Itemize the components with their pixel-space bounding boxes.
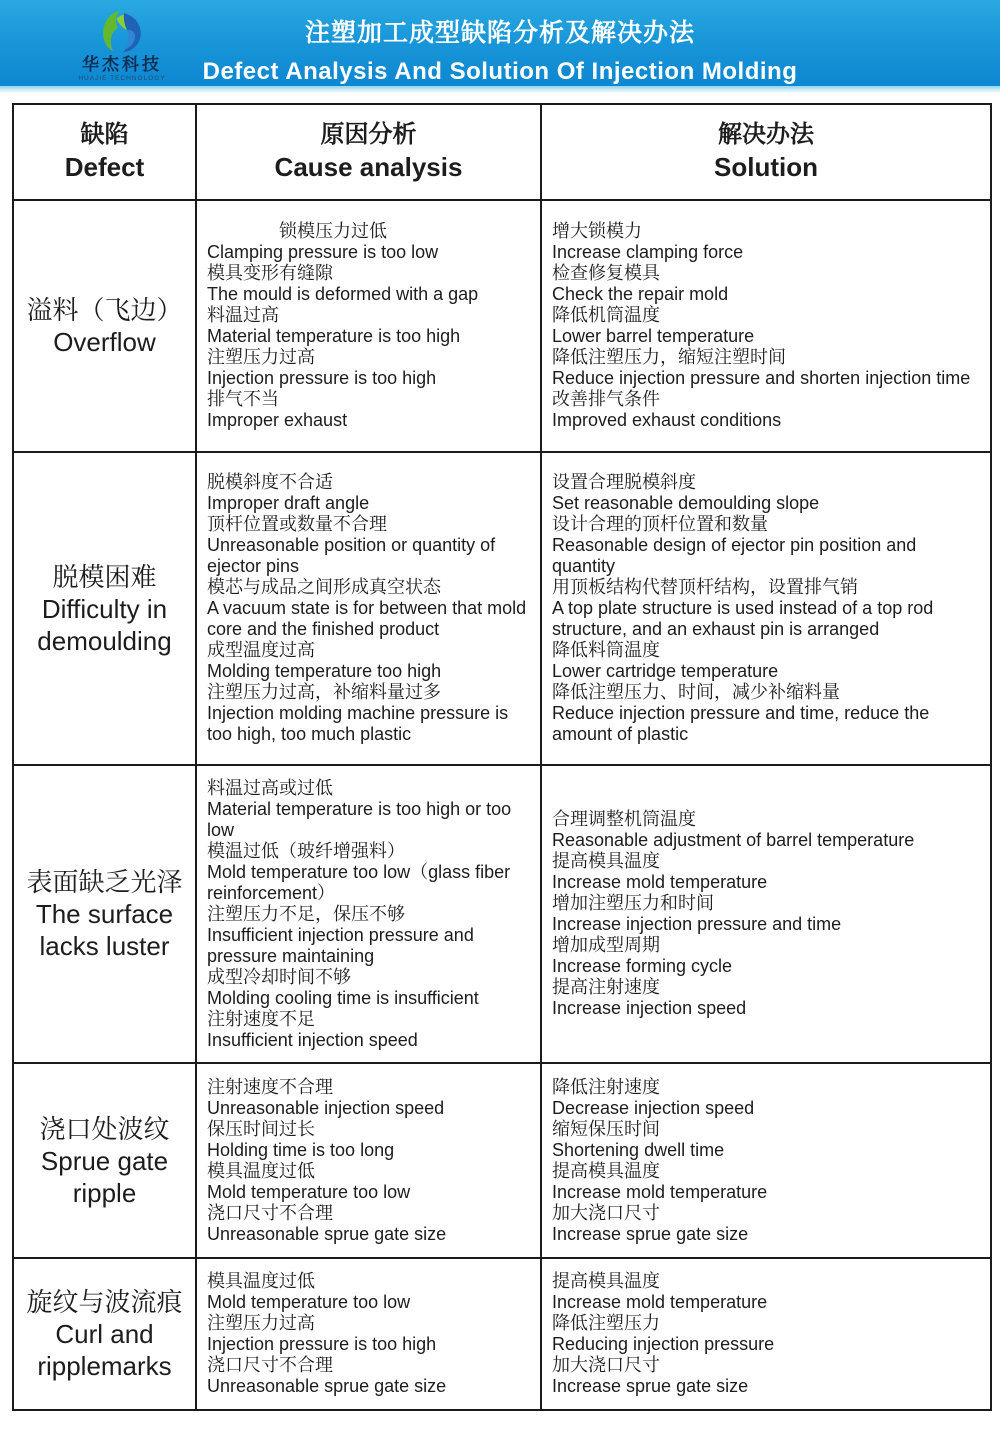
solution-line-zh: 降低注塑压力、时间，减少补缩料量 [552, 682, 984, 703]
defect-name-zh: 表面缺乏光泽 [18, 866, 191, 898]
solution-cell: 合理调整机筒温度Reasonable adjustment of barrel … [541, 765, 991, 1063]
cause-line-zh: 成型冷却时间不够 [207, 967, 534, 988]
cause-line-en: Molding cooling time is insufficient [207, 988, 534, 1009]
cause-line-en: Injection pressure is too high [207, 368, 534, 389]
cause-cell: 脱模斜度不合适Improper draft angle顶杆位置或数量不合理Unr… [196, 452, 541, 765]
solution-line-zh: 增加成型周期 [552, 935, 984, 956]
column-header-cause-en: Cause analysis [197, 150, 540, 184]
cause-line-en: Insufficient injection speed [207, 1030, 534, 1051]
solution-line-zh: 提高模具温度 [552, 851, 984, 872]
defect-name-zh: 溢料（飞边） [18, 294, 191, 326]
solution-line-en: Lower cartridge temperature [552, 661, 984, 682]
solution-line-en: Increase mold temperature [552, 1182, 984, 1203]
defect-name-zh: 旋纹与波流痕 [18, 1286, 191, 1318]
cause-line-zh: 保压时间过长 [207, 1119, 534, 1140]
column-header-solution: 解决办法 Solution [541, 104, 991, 200]
cause-line-zh: 注塑压力过高 [207, 347, 534, 368]
solution-line-zh: 设计合理的顶杆位置和数量 [552, 514, 984, 535]
solution-line-en: Reduce injection pressure and shorten in… [552, 368, 984, 389]
page-title-en: Defect Analysis And Solution Of Injectio… [0, 58, 1000, 86]
cause-line-zh: 排气不当 [207, 389, 534, 410]
cause-line-en: Improper draft angle [207, 493, 534, 514]
solution-line-zh: 降低注塑压力 [552, 1313, 984, 1334]
defect-analysis-table: 缺陷 Defect 原因分析 Cause analysis 解决办法 Solut… [12, 103, 992, 1411]
solution-line-zh: 提高模具温度 [552, 1161, 984, 1182]
cause-line-zh: 模温过低（玻纤增强料） [207, 841, 534, 862]
column-header-defect-zh: 缺陷 [14, 120, 195, 150]
cause-line-en: Injection pressure is too high [207, 1334, 534, 1355]
cause-line-zh: 注射速度不足 [207, 1009, 534, 1030]
cause-line-en: Mold temperature too low [207, 1292, 534, 1313]
solution-line-zh: 合理调整机筒温度 [552, 809, 984, 830]
solution-line-en: Reasonable adjustment of barrel temperat… [552, 830, 984, 851]
solution-line-en: Increase clamping force [552, 242, 984, 263]
cause-line-en: A vacuum state is for between that mold … [207, 598, 534, 640]
solution-line-zh: 设置合理脱模斜度 [552, 472, 984, 493]
solution-line-en: Increase mold temperature [552, 1292, 984, 1313]
cause-line-zh: 成型温度过高 [207, 640, 534, 661]
solution-line-zh: 检查修复模具 [552, 263, 984, 284]
solution-line-en: Lower barrel temperature [552, 326, 984, 347]
table-row: 溢料（飞边）Overflow锁模压力过低Clamping pressure is… [13, 200, 991, 452]
cause-line-en: Unreasonable sprue gate size [207, 1224, 534, 1245]
cause-cell: 注射速度不合理Unreasonable injection speed保压时间过… [196, 1063, 541, 1258]
solution-cell: 提高模具温度Increase mold temperature降低注塑压力Red… [541, 1258, 991, 1410]
banner-fade-divider [0, 86, 1000, 93]
cause-line-en: Material temperature is too high or too … [207, 799, 534, 841]
table-row: 旋纹与波流痕Curl and ripplemarks模具温度过低Mold tem… [13, 1258, 991, 1410]
page-title-zh: 注塑加工成型缺陷分析及解决办法 [0, 13, 1000, 49]
cause-line-en: Insufficient injection pressure and pres… [207, 925, 534, 967]
solution-line-zh: 增加注塑压力和时间 [552, 893, 984, 914]
solution-line-en: Decrease injection speed [552, 1098, 984, 1119]
cause-line-en: Mold temperature too low [207, 1182, 534, 1203]
column-header-defect-en: Defect [14, 150, 195, 184]
cause-line-zh: 模具温度过低 [207, 1161, 534, 1182]
solution-line-zh: 用顶板结构代替顶杆结构，设置排气销 [552, 577, 984, 598]
defect-cell: 表面缺乏光泽The surface lacks luster [13, 765, 196, 1063]
cause-cell: 模具温度过低Mold temperature too low注塑压力过高Inje… [196, 1258, 541, 1410]
cause-line-en: Molding temperature too high [207, 661, 534, 682]
defect-name-en: Overflow [18, 326, 191, 358]
column-header-defect: 缺陷 Defect [13, 104, 196, 200]
solution-line-zh: 降低机筒温度 [552, 305, 984, 326]
solution-line-zh: 加大浇口尺寸 [552, 1203, 984, 1224]
defect-cell: 浇口处波纹Sprue gate ripple [13, 1063, 196, 1258]
cause-cell: 料温过高或过低Material temperature is too high … [196, 765, 541, 1063]
solution-line-en: Improved exhaust conditions [552, 410, 984, 431]
table-row: 浇口处波纹Sprue gate ripple注射速度不合理Unreasonabl… [13, 1063, 991, 1258]
cause-line-en: Injection molding machine pressure is to… [207, 703, 534, 745]
cause-line-zh: 顶杆位置或数量不合理 [207, 514, 534, 535]
cause-line-en: The mould is deformed with a gap [207, 284, 534, 305]
solution-line-en: Increase mold temperature [552, 872, 984, 893]
cause-line-zh: 浇口尺寸不合理 [207, 1355, 534, 1376]
column-header-cause: 原因分析 Cause analysis [196, 104, 541, 200]
table-header-row: 缺陷 Defect 原因分析 Cause analysis 解决办法 Solut… [13, 104, 991, 200]
cause-line-zh: 锁模压力过低 [207, 221, 534, 242]
cause-line-zh: 浇口尺寸不合理 [207, 1203, 534, 1224]
solution-cell: 设置合理脱模斜度Set reasonable demoulding slope设… [541, 452, 991, 765]
solution-line-en: Reduce injection pressure and time, redu… [552, 703, 984, 745]
solution-line-en: A top plate structure is used instead of… [552, 598, 984, 640]
defect-cell: 脱模困难Difficulty in demoulding [13, 452, 196, 765]
cause-line-zh: 模具温度过低 [207, 1271, 534, 1292]
cause-line-en: Unreasonable position or quantity of eje… [207, 535, 534, 577]
cause-cell: 锁模压力过低Clamping pressure is too low模具变形有缝… [196, 200, 541, 452]
solution-line-en: Set reasonable demoulding slope [552, 493, 984, 514]
cause-line-zh: 注塑压力过高，补缩料量过多 [207, 682, 534, 703]
solution-line-en: Increase sprue gate size [552, 1224, 984, 1245]
solution-line-en: Increase sprue gate size [552, 1376, 984, 1397]
banner: 华杰科技 HUAJIE TECHNOLOGY 注塑加工成型缺陷分析及解决办法 D… [0, 0, 1000, 86]
solution-line-zh: 缩短保压时间 [552, 1119, 984, 1140]
solution-line-zh: 降低注射速度 [552, 1077, 984, 1098]
solution-line-zh: 增大锁模力 [552, 221, 984, 242]
cause-line-en: Holding time is too long [207, 1140, 534, 1161]
solution-line-zh: 加大浇口尺寸 [552, 1355, 984, 1376]
solution-line-zh: 降低注塑压力，缩短注塑时间 [552, 347, 984, 368]
cause-line-zh: 模芯与成品之间形成真空状态 [207, 577, 534, 598]
cause-line-en: Unreasonable injection speed [207, 1098, 534, 1119]
cause-line-zh: 料温过高或过低 [207, 778, 534, 799]
defect-name-en: Curl and ripplemarks [18, 1318, 191, 1382]
solution-line-en: Increase injection speed [552, 998, 984, 1019]
table-row: 脱模困难Difficulty in demoulding脱模斜度不合适Impro… [13, 452, 991, 765]
solution-line-zh: 提高模具温度 [552, 1271, 984, 1292]
table-row: 表面缺乏光泽The surface lacks luster料温过高或过低Mat… [13, 765, 991, 1063]
cause-line-en: Clamping pressure is too low [207, 242, 534, 263]
cause-line-zh: 料温过高 [207, 305, 534, 326]
defect-name-zh: 脱模困难 [18, 561, 191, 593]
defect-name-en: Difficulty in demoulding [18, 593, 191, 657]
cause-line-en: Improper exhaust [207, 410, 534, 431]
solution-line-zh: 提高注射速度 [552, 977, 984, 998]
cause-line-en: Unreasonable sprue gate size [207, 1376, 534, 1397]
cause-line-en: Mold temperature too low（glass fiber rei… [207, 862, 534, 904]
defect-name-en: Sprue gate ripple [18, 1145, 191, 1209]
cause-line-en: Material temperature is too high [207, 326, 534, 347]
solution-line-zh: 改善排气条件 [552, 389, 984, 410]
solution-line-en: Check the repair mold [552, 284, 984, 305]
solution-line-en: Shortening dwell time [552, 1140, 984, 1161]
solution-line-en: Reasonable design of ejector pin positio… [552, 535, 984, 577]
column-header-solution-zh: 解决办法 [542, 120, 990, 150]
column-header-cause-zh: 原因分析 [197, 120, 540, 150]
solution-line-en: Increase injection pressure and time [552, 914, 984, 935]
cause-line-zh: 注塑压力过高 [207, 1313, 534, 1334]
cause-line-zh: 脱模斜度不合适 [207, 472, 534, 493]
solution-line-en: Increase forming cycle [552, 956, 984, 977]
banner-titles: 注塑加工成型缺陷分析及解决办法 Defect Analysis And Solu… [0, 0, 1000, 86]
solution-line-zh: 降低料筒温度 [552, 640, 984, 661]
solution-cell: 增大锁模力Increase clamping force检查修复模具Check … [541, 200, 991, 452]
cause-line-zh: 注塑压力不足，保压不够 [207, 904, 534, 925]
solution-cell: 降低注射速度Decrease injection speed缩短保压时间Shor… [541, 1063, 991, 1258]
column-header-solution-en: Solution [542, 150, 990, 184]
defect-name-zh: 浇口处波纹 [18, 1113, 191, 1145]
solution-line-en: Reducing injection pressure [552, 1334, 984, 1355]
cause-line-zh: 模具变形有缝隙 [207, 263, 534, 284]
defect-name-en: The surface lacks luster [18, 898, 191, 962]
cause-line-zh: 注射速度不合理 [207, 1077, 534, 1098]
defect-cell: 旋纹与波流痕Curl and ripplemarks [13, 1258, 196, 1410]
defect-cell: 溢料（飞边）Overflow [13, 200, 196, 452]
